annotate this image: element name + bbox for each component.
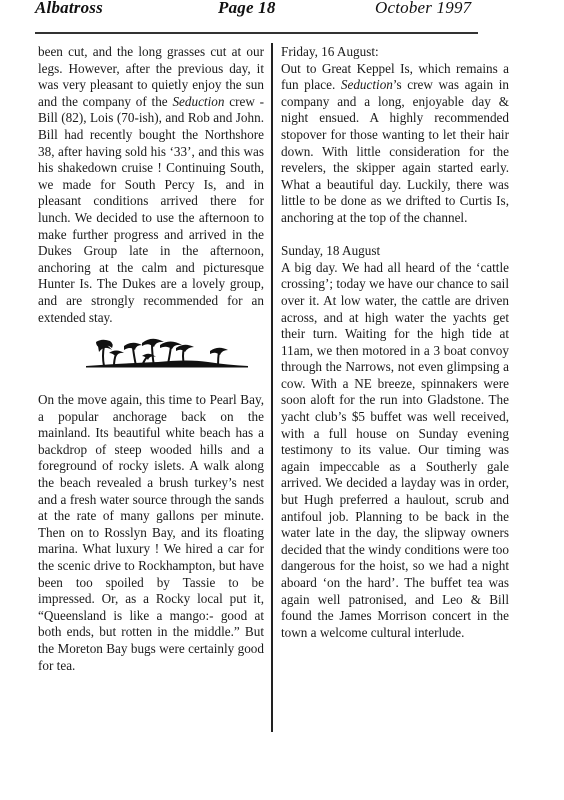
left-column: been cut, and the long grasses cut at ou… bbox=[38, 44, 264, 674]
boat-name-italic: Seduction bbox=[341, 77, 393, 92]
text-run: crew - Bill (82), Lois (70-ish), and Rob… bbox=[38, 94, 264, 325]
text-run: ’s crew was again in company and a long,… bbox=[281, 77, 509, 225]
paragraph-cattle-crossing: A big day. We had all heard of the ‘catt… bbox=[281, 260, 509, 642]
paragraph-pearl-bay: On the move again, this time to Pearl Ba… bbox=[38, 392, 264, 674]
page-header: Albatross Page 18 October 1997 bbox=[0, 0, 564, 30]
paragraph-great-keppel: Out to Great Keppel Is, which remains a … bbox=[281, 61, 509, 227]
header-rule bbox=[35, 32, 478, 34]
date-heading-friday: Friday, 16 August: bbox=[281, 44, 509, 61]
boat-name-italic: Seduction bbox=[172, 94, 224, 109]
palm-trees-icon bbox=[38, 326, 264, 376]
right-column: Friday, 16 August: Out to Great Keppel I… bbox=[281, 44, 509, 641]
issue-date: October 1997 bbox=[375, 0, 471, 18]
date-heading-sunday: Sunday, 18 August bbox=[281, 243, 509, 260]
column-divider bbox=[271, 43, 273, 732]
page-number: Page 18 bbox=[218, 0, 276, 18]
paragraph-gap bbox=[281, 227, 509, 244]
publication-title: Albatross bbox=[35, 0, 103, 18]
illustration-container bbox=[38, 326, 264, 392]
paragraph-seduction-crew: been cut, and the long grasses cut at ou… bbox=[38, 44, 264, 326]
